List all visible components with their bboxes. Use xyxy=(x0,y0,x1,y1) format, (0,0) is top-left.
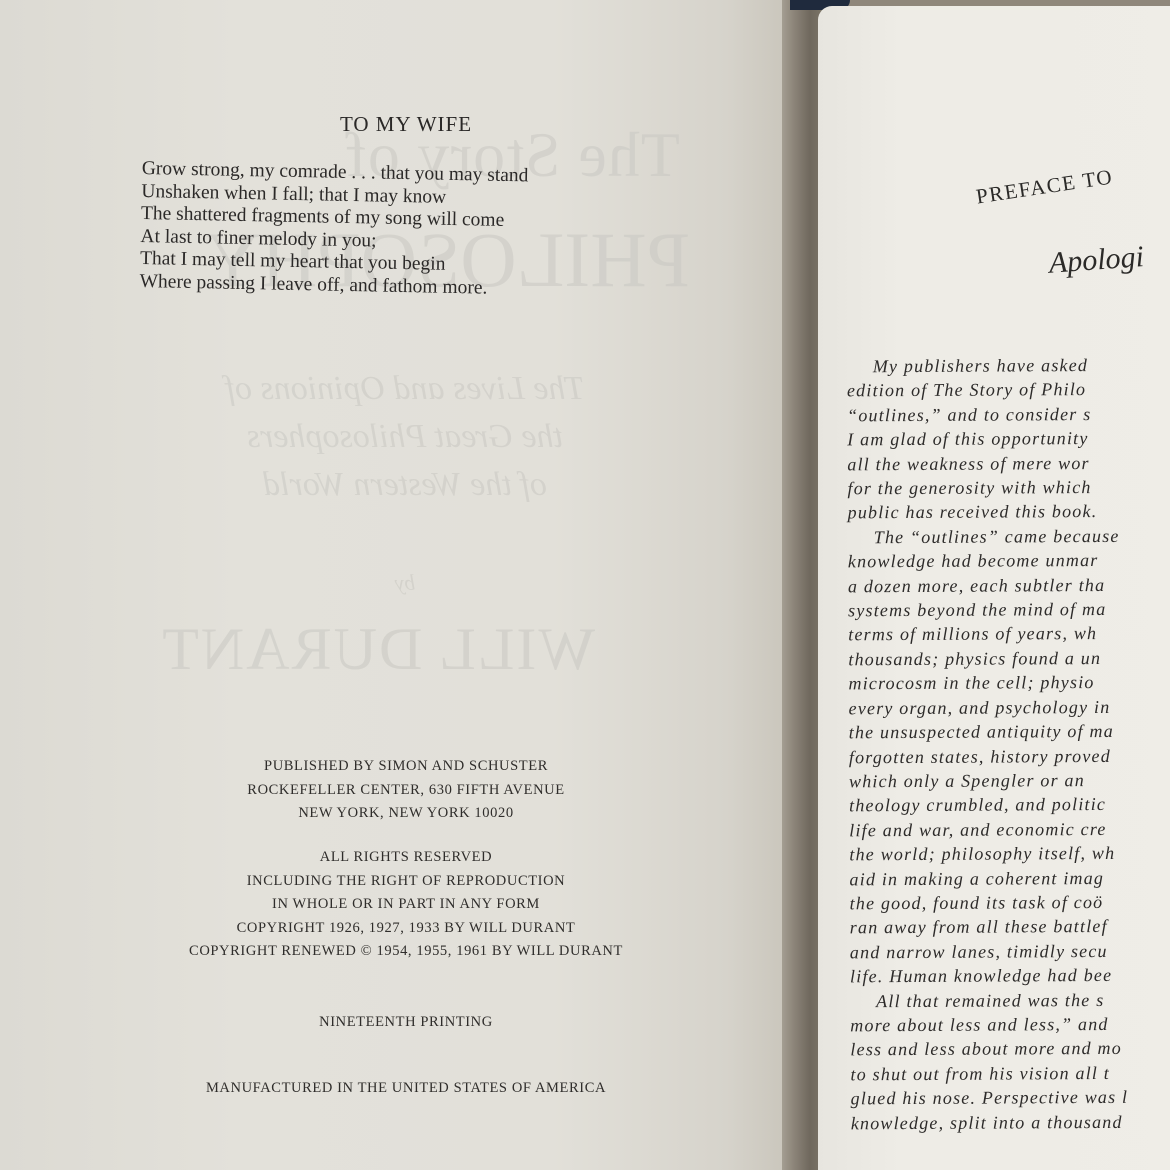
bleed-subtitle-line: of the Western World xyxy=(225,466,585,504)
body-line: “outlines,” and to consider s xyxy=(847,402,1125,428)
body-line: thousands; physics found a un xyxy=(848,646,1126,672)
body-line: terms of millions of years, wh xyxy=(848,621,1126,647)
preface-page-content: PREFACE TO Apologi My publishers have as… xyxy=(818,6,1170,61)
body-line: every organ, and psychology in xyxy=(849,695,1127,721)
rights-line: IN WHOLE OR IN PART IN ANY FORM xyxy=(0,893,812,917)
body-line: ran away from all these battlef xyxy=(850,914,1128,940)
book-gutter xyxy=(782,0,822,1170)
body-line: less and less about more and mo xyxy=(850,1036,1128,1062)
dedication-title: TO MY WIFE xyxy=(0,112,812,137)
body-line: all the weakness of mere wor xyxy=(847,451,1125,477)
bleed-subtitle-line: the Great Philosophers xyxy=(225,418,585,456)
bleed-author: WILL DURANT xyxy=(215,615,595,684)
rights-line: COPYRIGHT RENEWED © 1954, 1955, 1961 BY … xyxy=(0,940,812,964)
bleed-by: by xyxy=(225,570,585,596)
body-line: edition of The Story of Philo xyxy=(847,377,1125,403)
bleed-subtitle-line: The Lives and Opinions of xyxy=(225,370,585,408)
body-line: and narrow lanes, timidly secu xyxy=(850,939,1128,965)
open-book: The Story of PHILOSOPHY The Lives and Op… xyxy=(0,0,1170,1170)
manufactured-notice: MANUFACTURED IN THE UNITED STATES OF AME… xyxy=(0,1077,812,1101)
rights-line: COPYRIGHT 1926, 1927, 1933 BY WILL DURAN… xyxy=(0,917,812,941)
body-line: the good, found its task of coö xyxy=(850,890,1128,916)
copyright-notice: ALL RIGHTS RESERVED INCLUDING THE RIGHT … xyxy=(0,846,812,964)
body-line: aid in making a coherent imag xyxy=(849,865,1127,891)
body-line: My publishers have asked xyxy=(847,353,1125,379)
body-line: for the generosity with which xyxy=(847,475,1125,501)
imprint-line: PUBLISHED BY SIMON AND SCHUSTER xyxy=(0,755,812,779)
body-line: the unsuspected antiquity of ma xyxy=(849,719,1127,745)
body-line: to shut out from his vision all t xyxy=(850,1061,1128,1087)
imprint-line: ROCKEFELLER CENTER, 630 FIFTH AVENUE xyxy=(0,779,812,803)
body-line: knowledge, split into a thousand xyxy=(851,1109,1129,1135)
body-line: more about less and less,” and xyxy=(850,1012,1128,1038)
body-line: public has received this book. xyxy=(848,499,1126,525)
preface-subtitle: Apologi xyxy=(1048,240,1145,281)
body-line: I am glad of this opportunity xyxy=(847,426,1125,452)
body-line: All that remained was the s xyxy=(850,987,1128,1013)
body-line: the world; philosophy itself, wh xyxy=(849,841,1127,867)
body-line: microcosm in the cell; physio xyxy=(848,670,1126,696)
dedication-poem: Grow strong, my comrade . . . that you m… xyxy=(139,158,528,300)
right-page: PREFACE TO Apologi My publishers have as… xyxy=(818,6,1170,1170)
rights-line: INCLUDING THE RIGHT OF REPRODUCTION xyxy=(0,870,812,894)
body-line: which only a Spengler or an xyxy=(849,768,1127,794)
preface-heading: PREFACE TO xyxy=(974,164,1114,209)
body-line: The “outlines” came because xyxy=(848,524,1126,550)
body-line: a dozen more, each subtler tha xyxy=(848,573,1126,599)
body-line: theology crumbled, and politic xyxy=(849,792,1127,818)
left-page: The Story of PHILOSOPHY The Lives and Op… xyxy=(0,0,790,1170)
body-line: knowledge had become unmar xyxy=(848,548,1126,574)
rights-line: ALL RIGHTS RESERVED xyxy=(0,846,812,870)
imprint-line: NEW YORK, NEW YORK 10020 xyxy=(0,802,812,826)
printing-notice: NINETEENTH PRINTING xyxy=(0,1011,812,1035)
body-line: forgotten states, history proved xyxy=(849,743,1127,769)
body-line: glued his nose. Perspective was l xyxy=(851,1085,1129,1111)
body-line: life and war, and economic cre xyxy=(849,817,1127,843)
publisher-imprint: PUBLISHED BY SIMON AND SCHUSTER ROCKEFEL… xyxy=(0,755,812,826)
body-line: life. Human knowledge had bee xyxy=(850,963,1128,989)
body-line: systems beyond the mind of ma xyxy=(848,597,1126,623)
preface-body: My publishers have asked edition of The … xyxy=(847,353,1129,1135)
